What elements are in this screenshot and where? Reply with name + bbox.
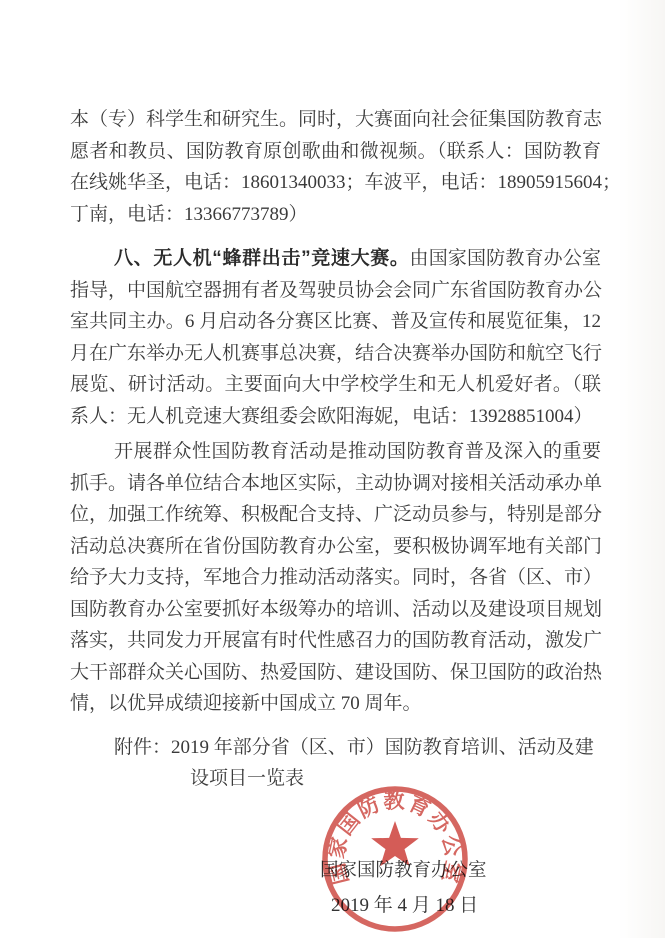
body-line: 国防教育办公室要抓好本级筹办的培训、活动以及建设项目规划 (70, 594, 601, 626)
paragraph-drone-race: 八、无人机“蜂群出击”竞速大赛。由国家国防教育办公室 指导，中国航空器拥有者及驾… (70, 243, 601, 432)
body-line: 愿者和教员、国防教育原创歌曲和微视频。（联系人：国防教育 (70, 136, 601, 168)
body-line: 室共同主办。6 月启动各分赛区比赛、普及宣传和展览征集，12 (70, 306, 601, 338)
body-line: 情，以优异成绩迎接新中国成立 70 周年。 (70, 688, 601, 720)
body-line: 抓手。请各单位结合本地区实际，主动协调对接相关活动承办单 (70, 468, 601, 500)
star-icon (371, 821, 419, 866)
body-text: 由国家国防教育办公室 (410, 248, 601, 269)
body-line: 展览、研讨活动。主要面向大中学校学生和无人机爱好者。（联 (70, 369, 601, 401)
section-heading-drone-race: 八、无人机“蜂群出击”竞速大赛。 (114, 248, 410, 269)
body-line: 位，加强工作统筹、积极配合支持、广泛动员参与，特别是部分 (70, 499, 601, 531)
document-page: 本（专）科学生和研究生。同时，大赛面向社会征集国防教育志 愿者和教员、国防教育原… (0, 0, 665, 938)
paragraph-closing: 开展群众性国防教育活动是推动国防教育普及深入的重要 抓手。请各单位结合本地区实际… (70, 436, 601, 720)
body-line: 给予大力支持，军地合力推动活动落实。同时，各省（区、市） (70, 562, 601, 594)
paragraph-contest-contact: 本（专）科学生和研究生。同时，大赛面向社会征集国防教育志 愿者和教员、国防教育原… (70, 104, 601, 230)
body-line: 大干部群众关心国防、热爱国防、建设国防、保卫国防的政治热 (70, 657, 601, 689)
body-line: 本（专）科学生和研究生。同时，大赛面向社会征集国防教育志 (70, 104, 601, 136)
body-line: 指导，中国航空器拥有者及驾驶员协会会同广东省国防教育办公 (70, 275, 601, 307)
body-line: 落实，共同发力开展富有时代性感召力的国防教育活动，激发广 (70, 625, 601, 657)
body-line: 在线姚华圣，电话：18601340033；车波平，电话：18905915604； (70, 167, 601, 199)
body-line: 系人：无人机竞速大赛组委会欧阳海妮，电话：13928851004） (70, 401, 601, 433)
official-seal: 国家国防教育办公室 (315, 779, 475, 938)
body-line: 丁南，电话：13366773789） (70, 199, 601, 231)
attachment-line: 附件：2019 年部分省（区、市）国防教育培训、活动及建 (70, 732, 601, 764)
body-line: 月在广东举办无人机赛事总决赛，结合决赛举办国防和航空飞行 (70, 338, 601, 370)
body-line: 开展群众性国防教育活动是推动国防教育普及深入的重要 (70, 436, 601, 468)
document-body: 本（专）科学生和研究生。同时，大赛面向社会征集国防教育志 愿者和教员、国防教育原… (70, 104, 601, 795)
body-line: 活动总决赛所在省份国防教育办公室，要积极协调军地有关部门 (70, 531, 601, 563)
body-line: 八、无人机“蜂群出击”竞速大赛。由国家国防教育办公室 (70, 243, 601, 275)
